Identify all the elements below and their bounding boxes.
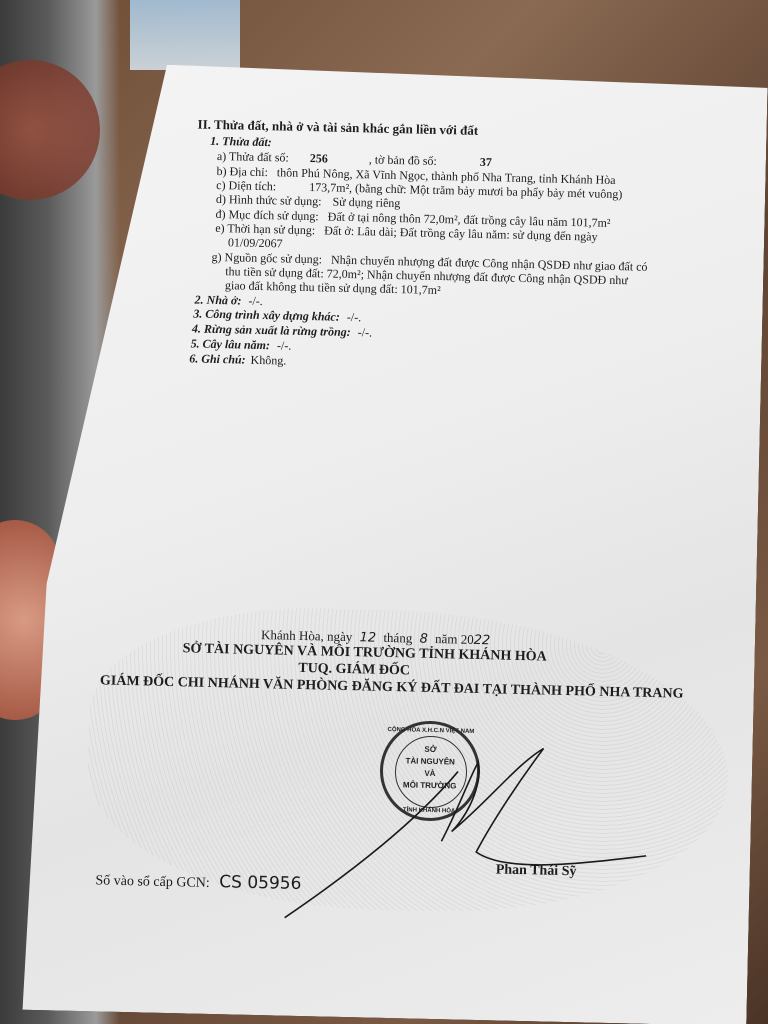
- map-sheet-label: , tờ bản đồ số:: [369, 152, 437, 168]
- item-notes: 6. Ghi chú: Không.: [189, 351, 286, 368]
- land-heading: 1. Thửa đất:: [210, 134, 272, 150]
- area-label: c) Diện tích:: [216, 178, 276, 193]
- certificate-register-label: Số vào sổ cấp GCN:: [95, 873, 210, 891]
- map-sheet-value: 37: [480, 155, 492, 169]
- address-label: b) Địa chỉ:: [216, 164, 268, 179]
- parcel-number-label: a) Thửa đất số:: [217, 149, 289, 165]
- signer-name: Phan Thái Sỹ: [496, 862, 577, 880]
- background-window-light: [130, 0, 240, 70]
- parcel-number-value: 256: [310, 151, 328, 165]
- usage-form-label: d) Hình thức sử dụng:: [216, 192, 322, 208]
- certificate-register-row: Số vào sổ cấp GCN: CS 05956: [95, 869, 301, 894]
- usage-term-date: 01/09/2067: [228, 235, 283, 251]
- signature: [274, 728, 658, 937]
- usage-form-value: Sử dụng riêng: [332, 195, 400, 211]
- authorization-title: TUQ. GIÁM ĐỐC: [298, 661, 410, 680]
- land-certificate-page: II. Thửa đất, nhà ở và tài sản khác gắn …: [22, 62, 767, 1024]
- certificate-register-number: CS 05956: [219, 872, 302, 894]
